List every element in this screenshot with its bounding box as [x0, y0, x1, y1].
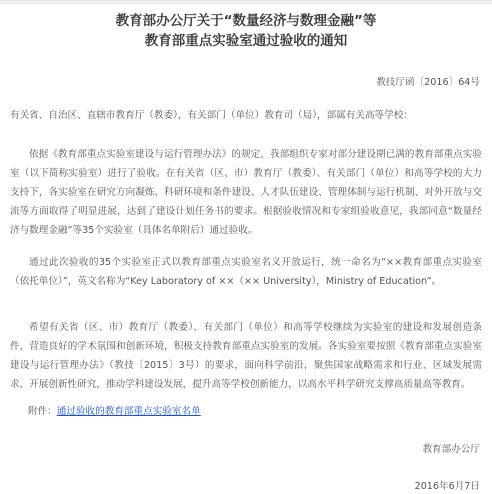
- issue-date: 2016年6月7日: [415, 478, 480, 492]
- signature: 教育部办公厅: [422, 441, 480, 455]
- attachment: 附件：通过验收的教育部重点实验室名单: [28, 403, 201, 417]
- paragraph-2: 通过此次验收的35个实验室正式以教育部重点实验室名义开放运行，统一命名为“××教…: [10, 253, 482, 291]
- paragraph-3: 希望有关省（区、市）教育厅（教委）、有关部门（单位）和高等学校继续为实验室的建设…: [10, 318, 482, 394]
- title-line-1: 教育部办公厅关于“数量经济与数理金融”等: [0, 11, 492, 31]
- salutation: 有关省、自治区、直辖市教育厅（教委），有关部门（单位）教育司（局），部属有关高等…: [10, 107, 413, 121]
- attachment-label: 附件：: [28, 406, 57, 417]
- title-line-2: 教育部重点实验室通过验收的通知: [0, 31, 492, 51]
- top-divider: [0, 0, 492, 4]
- page-title: 教育部办公厅关于“数量经济与数理金融”等 教育部重点实验室通过验收的通知: [0, 11, 492, 51]
- document-number: 教技厅函〔2016〕64号: [376, 74, 480, 88]
- paragraph-1: 依据《教育部重点实验室建设与运行管理办法》的规定，我部组织专家对部分建设期已满的…: [10, 145, 482, 240]
- attachment-link[interactable]: 通过验收的教育部重点实验室名单: [57, 406, 201, 417]
